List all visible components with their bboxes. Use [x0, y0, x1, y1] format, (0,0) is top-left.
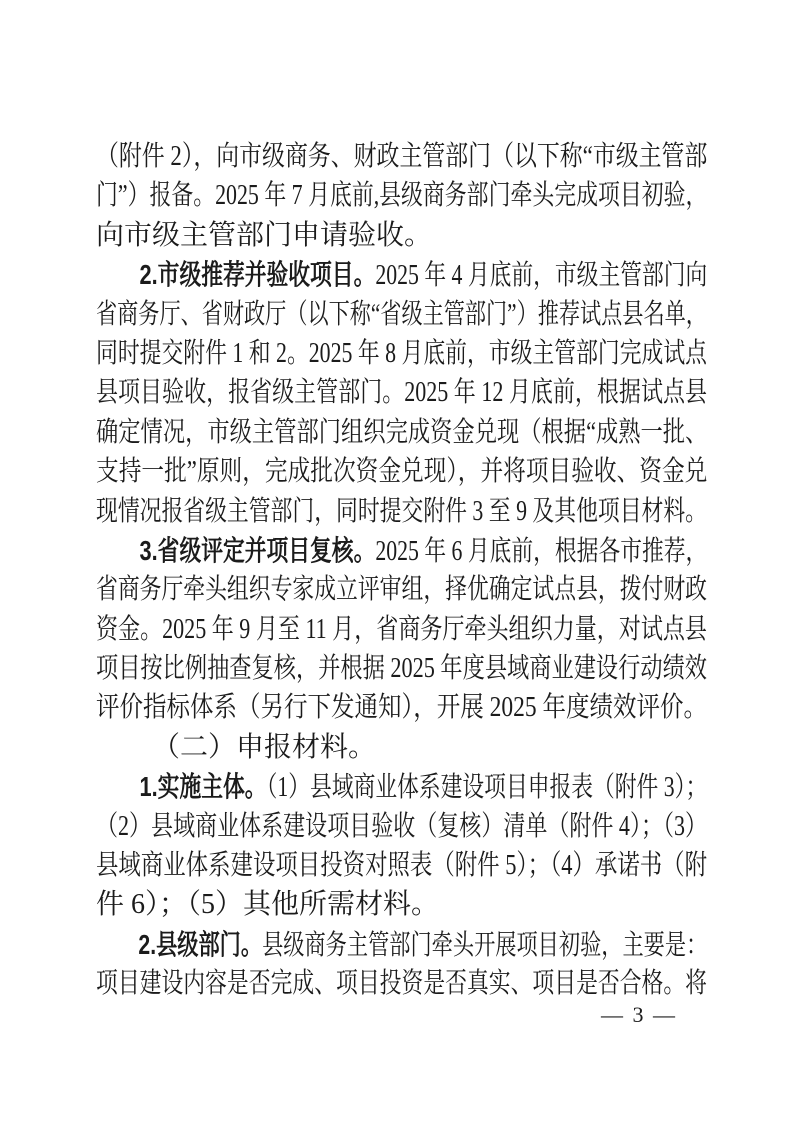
text-line: 门”）报备。2025 年 7 月底前,县级商务部门牵头完成项目初验， — [96, 176, 707, 215]
line-text: （1）县域商业体系建设项目申报表（附件 3）； — [267, 772, 708, 803]
text-line: 1.实施主体。（1）县域商业体系建设项目申报表（附件 3）； — [96, 767, 707, 806]
text-line: 同时提交附件 1 和 2。2025 年 8 月底前，市级主管部门完成试点 — [96, 334, 707, 373]
section-heading: （二）申报材料。 — [152, 732, 376, 763]
text-line: 向市级主管部门申请验收。 — [96, 216, 707, 255]
text-line: 支持一批”原则，完成批次资金兑现），并将项目验收、资金兑 — [96, 452, 707, 491]
text-line: 县项目验收，报省级主管部门。2025 年 12 月底前，根据试点县 — [96, 373, 707, 412]
line-text: 资金。2025 年 9 月至 11 月，省商务厅牵头组织力量，对试点县 — [96, 614, 707, 645]
text-line: （二）申报材料。 — [96, 728, 707, 767]
line-text: 向市级主管部门申请验收。 — [96, 220, 432, 251]
text-line: 2.市级推荐并验收项目。2025 年 4 月底前，市级主管部门向 — [96, 255, 707, 294]
text-line: 现情况报省级主管部门，同时提交附件 3 至 9 及其他项目材料。 — [96, 492, 707, 531]
line-text: 门”）报备。2025 年 7 月底前,县级商务部门牵头完成项目初验， — [96, 180, 707, 211]
paragraph-heading: 2.市级推荐并验收项目。 — [140, 259, 376, 290]
line-text: 县域商业体系建设项目投资对照表（附件 5）；（4）承诺书（附 — [96, 850, 707, 881]
line-text: （附件 2），向市级商务、财政主管部门（以下称“市级主管部 — [96, 141, 707, 172]
document-body: （附件 2），向市级商务、财政主管部门（以下称“市级主管部 门”）报备。2025… — [96, 137, 707, 1004]
page-number: — 3 — — [601, 1001, 677, 1029]
text-line: 3.省级评定并项目复核。2025 年 6 月底前，根据各市推荐， — [96, 531, 707, 570]
text-line: 评价指标体系（另行下发通知），开展 2025 年度绩效评价。 — [96, 688, 707, 727]
text-line: 件 6）；（5）其他所需材料。 — [96, 885, 707, 924]
paragraph-heading: 1.实施主体。 — [140, 771, 267, 802]
text-line: 项目按比例抽查复核，并根据 2025 年度县域商业建设行动绩效 — [96, 649, 707, 688]
line-text: 支持一批”原则，完成批次资金兑现），并将项目验收、资金兑 — [96, 456, 707, 487]
text-line: 资金。2025 年 9 月至 11 月，省商务厅牵头组织力量，对试点县 — [96, 610, 707, 649]
text-line: 确定情况，市级主管部门组织完成资金兑现（根据“成熟一批、 — [96, 413, 707, 452]
text-line: 省商务厅牵头组织专家成立评审组，择优确定试点县，拨付财政 — [96, 570, 707, 609]
line-text: （2）县域商业体系建设项目验收（复核）清单（附件 4）；（3） — [96, 811, 707, 842]
line-text: 项目建设内容是否完成、项目投资是否真实、项目是否合格。将 — [96, 968, 707, 999]
line-text: 省商务厅、省财政厅（以下称“省级主管部门”）推荐试点县名单， — [96, 299, 707, 330]
text-line: （2）县域商业体系建设项目验收（复核）清单（附件 4）；（3） — [96, 807, 707, 846]
document-page: （附件 2），向市级商务、财政主管部门（以下称“市级主管部 门”）报备。2025… — [0, 0, 793, 1122]
line-text: 县项目验收，报省级主管部门。2025 年 12 月底前，根据试点县 — [96, 377, 707, 408]
line-text: 省商务厅牵头组织专家成立评审组，择优确定试点县，拨付财政 — [96, 574, 707, 605]
text-line: 2.县级部门。县级商务主管部门牵头开展项目初验，主要是： — [96, 925, 707, 964]
paragraph-heading: 3.省级评定并项目复核。 — [140, 535, 376, 566]
text-line: 省商务厅、省财政厅（以下称“省级主管部门”）推荐试点县名单， — [96, 295, 707, 334]
line-text: 2025 年 6 月底前，根据各市推荐， — [375, 536, 707, 567]
line-text: 2025 年 4 月底前，市级主管部门向 — [375, 260, 707, 291]
text-line: 县域商业体系建设项目投资对照表（附件 5）；（4）承诺书（附 — [96, 846, 707, 885]
line-text: 现情况报省级主管部门，同时提交附件 3 至 9 及其他项目材料。 — [96, 496, 707, 527]
text-line: （附件 2），向市级商务、财政主管部门（以下称“市级主管部 — [96, 137, 707, 176]
text-line: 项目建设内容是否完成、项目投资是否真实、项目是否合格。将 — [96, 964, 707, 1003]
line-text: 县级商务主管部门牵头开展项目初验，主要是： — [262, 930, 707, 961]
line-text: 同时提交附件 1 和 2。2025 年 8 月底前，市级主管部门完成试点 — [96, 338, 707, 369]
line-text: 项目按比例抽查复核，并根据 2025 年度县域商业建设行动绩效 — [96, 653, 707, 684]
line-text: 确定情况，市级主管部门组织完成资金兑现（根据“成熟一批、 — [96, 417, 707, 448]
line-text: 件 6）；（5）其他所需材料。 — [96, 889, 439, 920]
paragraph-heading: 2.县级部门。 — [138, 929, 262, 960]
line-text: 评价指标体系（另行下发通知），开展 2025 年度绩效评价。 — [96, 692, 707, 723]
